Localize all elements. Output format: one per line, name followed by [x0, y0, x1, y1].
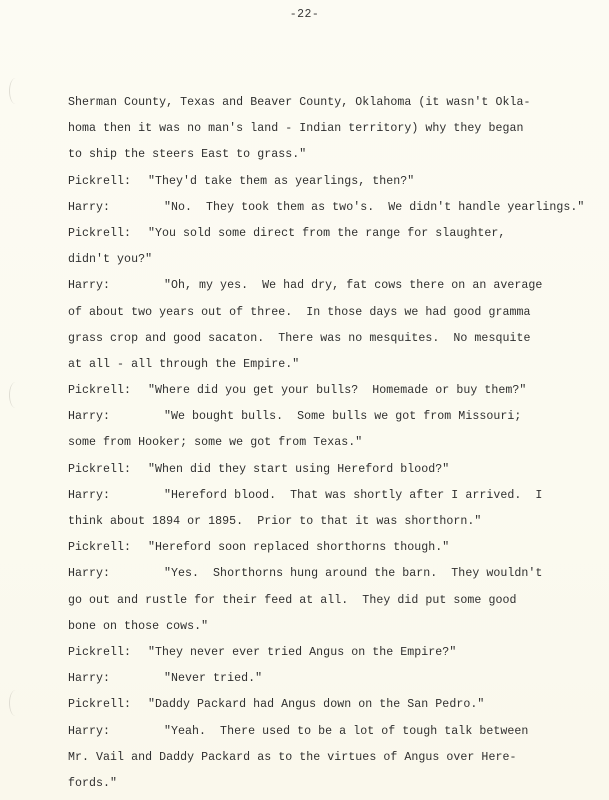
speaker-label: Harry:	[68, 483, 164, 509]
dialogue-line: Harry:"Never tried."	[68, 666, 598, 692]
line-text: "Yes. Shorthorns hung around the barn. T…	[164, 567, 542, 580]
speaker-label: Pickrell:	[68, 692, 148, 718]
line-text: Mr. Vail and Daddy Packard as to the vir…	[68, 751, 516, 764]
continuation-line: at all - all through the Empire."	[68, 352, 598, 378]
typewritten-page: -22- Sherman County, Texas and Beaver Co…	[0, 0, 609, 800]
line-text: of about two years out of three. In thos…	[68, 306, 531, 319]
line-text: "No. They took them as two's. We didn't …	[164, 201, 584, 214]
line-text: at all - all through the Empire."	[68, 358, 299, 371]
punch-hole-middle	[9, 382, 22, 408]
speaker-label: Pickrell:	[68, 221, 148, 247]
speaker-label: Harry:	[68, 404, 164, 430]
page-number: -22-	[0, 8, 609, 21]
continuation-line: some from Hooker; some we got from Texas…	[68, 430, 598, 456]
dialogue-line: Pickrell:"Where did you get your bulls? …	[68, 378, 598, 404]
line-text: "When did they start using Hereford bloo…	[148, 463, 449, 476]
dialogue-line: Harry:"No. They took them as two's. We d…	[68, 195, 598, 221]
line-text: "Hereford blood. That was shortly after …	[164, 489, 542, 502]
dialogue-line: Pickrell:"When did they start using Here…	[68, 457, 598, 483]
speaker-label: Pickrell:	[68, 640, 148, 666]
transcript-body: Sherman County, Texas and Beaver County,…	[68, 90, 598, 797]
line-text: bone on those cows."	[68, 620, 208, 633]
speaker-label: Harry:	[68, 561, 164, 587]
speaker-label: Harry:	[68, 195, 164, 221]
line-text: "You sold some direct from the range for…	[148, 227, 505, 240]
dialogue-line: Harry:"Yes. Shorthorns hung around the b…	[68, 561, 598, 587]
punch-hole-bottom	[9, 690, 22, 716]
continuation-line: fords."	[68, 771, 598, 797]
speaker-label: Pickrell:	[68, 535, 148, 561]
speaker-label: Pickrell:	[68, 378, 148, 404]
line-text: grass crop and good sacaton. There was n…	[68, 332, 531, 345]
continuation-line: to ship the steers East to grass."	[68, 142, 598, 168]
line-text: "Hereford soon replaced shorthorns thoug…	[148, 541, 449, 554]
line-text: "Where did you get your bulls? Homemade …	[148, 384, 526, 397]
dialogue-line: Pickrell:"Daddy Packard had Angus down o…	[68, 692, 598, 718]
punch-hole-top	[9, 78, 22, 104]
continuation-line: didn't you?"	[68, 247, 598, 273]
speaker-label: Harry:	[68, 273, 164, 299]
line-text: Sherman County, Texas and Beaver County,…	[68, 96, 531, 109]
dialogue-line: Pickrell:"They never ever tried Angus on…	[68, 640, 598, 666]
line-text: "Never tried."	[164, 672, 262, 685]
line-text: didn't you?"	[68, 253, 152, 266]
dialogue-line: Pickrell:"They'd take them as yearlings,…	[68, 169, 598, 195]
line-text: homa then it was no man's land - Indian …	[68, 122, 523, 135]
line-text: "They'd take them as yearlings, then?"	[148, 175, 414, 188]
continuation-line: grass crop and good sacaton. There was n…	[68, 326, 598, 352]
line-text: "We bought bulls. Some bulls we got from…	[164, 410, 521, 423]
line-text: "Oh, my yes. We had dry, fat cows there …	[164, 279, 542, 292]
continuation-line: think about 1894 or 1895. Prior to that …	[68, 509, 598, 535]
line-text: think about 1894 or 1895. Prior to that …	[68, 515, 481, 528]
speaker-label: Harry:	[68, 666, 164, 692]
line-text: some from Hooker; some we got from Texas…	[68, 436, 362, 449]
continuation-line: of about two years out of three. In thos…	[68, 300, 598, 326]
dialogue-line: Pickrell:"Hereford soon replaced shortho…	[68, 535, 598, 561]
speaker-label: Pickrell:	[68, 169, 148, 195]
line-text: fords."	[68, 777, 117, 790]
continuation-line: Sherman County, Texas and Beaver County,…	[68, 90, 598, 116]
dialogue-line: Harry:"Hereford blood. That was shortly …	[68, 483, 598, 509]
dialogue-line: Harry:"Yeah. There used to be a lot of t…	[68, 719, 598, 745]
speaker-label: Harry:	[68, 719, 164, 745]
line-text: "Daddy Packard had Angus down on the San…	[148, 698, 484, 711]
line-text: to ship the steers East to grass."	[68, 148, 306, 161]
speaker-label: Pickrell:	[68, 457, 148, 483]
dialogue-line: Harry:"We bought bulls. Some bulls we go…	[68, 404, 598, 430]
line-text: "Yeah. There used to be a lot of tough t…	[164, 725, 528, 738]
dialogue-line: Pickrell:"You sold some direct from the …	[68, 221, 598, 247]
continuation-line: go out and rustle for their feed at all.…	[68, 588, 598, 614]
continuation-line: homa then it was no man's land - Indian …	[68, 116, 598, 142]
continuation-line: Mr. Vail and Daddy Packard as to the vir…	[68, 745, 598, 771]
line-text: "They never ever tried Angus on the Empi…	[148, 646, 456, 659]
dialogue-line: Harry:"Oh, my yes. We had dry, fat cows …	[68, 273, 598, 299]
line-text: go out and rustle for their feed at all.…	[68, 594, 516, 607]
continuation-line: bone on those cows."	[68, 614, 598, 640]
